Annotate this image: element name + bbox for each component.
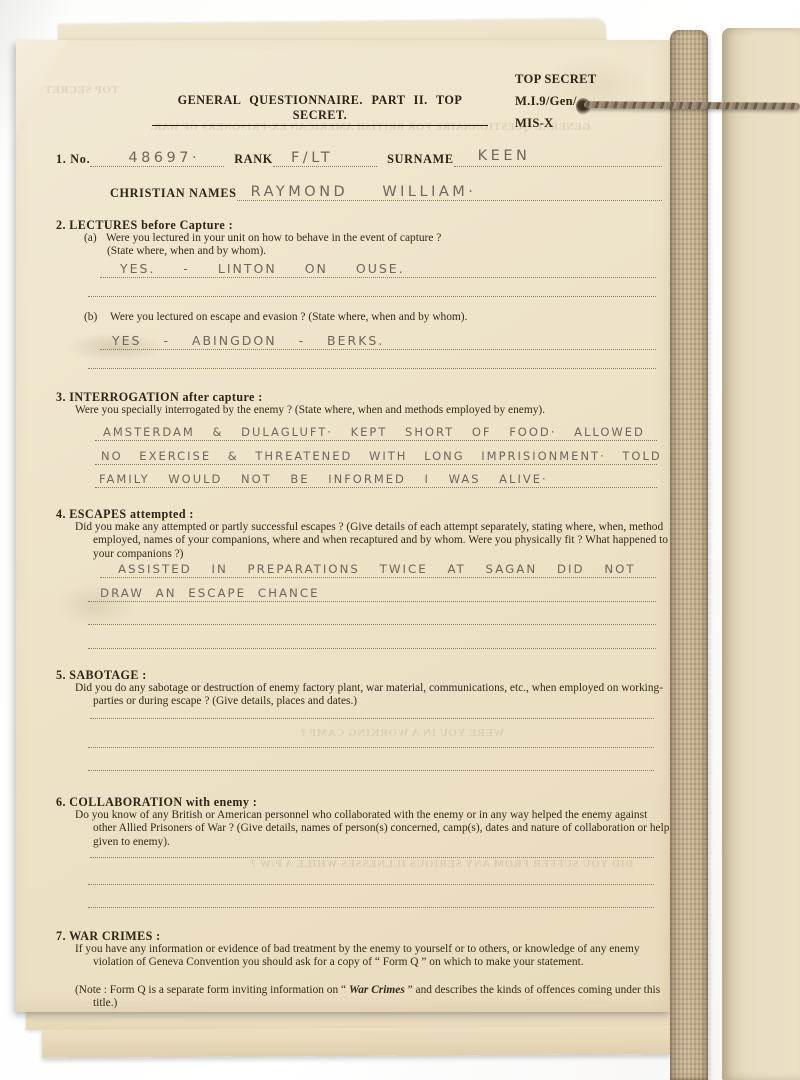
no-value-handwritten: 48697· (128, 150, 200, 166)
surname-field: KEEN (454, 149, 662, 167)
page-stack-edge (42, 1026, 670, 1058)
answer-2b-handwritten: YES - ABINGDON - BERKS. (112, 333, 384, 348)
section-sabotage-heading: 5. SABOTAGE : (56, 668, 147, 683)
question-2b-label: (b) (84, 311, 97, 324)
section-war-crimes-heading: 7. WAR CRIMES : (56, 929, 161, 944)
section-interrogation-heading: 3. INTERROGATION after capture : (56, 390, 263, 405)
org-stamp: MIS-X (515, 112, 597, 134)
christian-names-row: CHRISTIAN NAMES RAYMOND WILLIAM· (110, 183, 662, 201)
rank-label: RANK (234, 152, 273, 167)
question-2a: Were you lectured in your unit on how to… (106, 232, 441, 245)
surname-label: SURNAME (387, 152, 454, 167)
rank-field: F/LT (273, 149, 377, 167)
section-collaboration-heading: 6. COLLABORATION with enemy : (56, 795, 257, 810)
classification-stamp: TOP SECRET (515, 68, 597, 90)
answer-3-line-3: FAMILY WOULD NOT BE INFORMED I WAS ALIVE… (95, 465, 657, 488)
christian-names-label: CHRISTIAN NAMES (110, 186, 237, 201)
answer-3-line-1: AMSTERDAM & DULAGLUFT· KEPT SHORT OF FOO… (95, 418, 657, 441)
answer-3-line-2: NO EXERCISE & THREATENED WITH LONG IMPRI… (95, 442, 657, 465)
title-wrap: GENERAL QUESTIONNAIRE. PART II. TOP SECR… (152, 93, 488, 126)
answer-2b-line: YES - ABINGDON - BERKS. (100, 327, 656, 350)
blank-answer-line (88, 624, 656, 625)
war-crimes-paragraph: If you have any information or evidence … (75, 943, 673, 970)
war-crimes-note-italic: War Crimes (349, 984, 405, 996)
rank-value-handwritten: F/LT (291, 150, 333, 166)
answer-4-line-2: DRAW AN ESCAPE CHANCE (88, 579, 656, 602)
section-lectures-heading: 2. LECTURES before Capture : (56, 218, 233, 233)
question-6: Do you know of any British or American p… (75, 809, 673, 849)
answer-3-handwritten-3: FAMILY WOULD NOT BE INFORMED I WAS ALIVE… (99, 472, 548, 486)
blank-answer-line (88, 648, 656, 649)
form-title: GENERAL QUESTIONNAIRE. PART II. TOP SECR… (152, 93, 488, 126)
string-tie (584, 101, 800, 110)
answer-3-handwritten-1: AMSTERDAM & DULAGLUFT· KEPT SHORT OF FOO… (103, 425, 645, 439)
answer-4-handwritten-2: DRAW AN ESCAPE CHANCE (100, 586, 320, 600)
binding-tape (670, 30, 708, 1080)
question-2a-label: (a) (84, 232, 97, 245)
question-5: Did you do any sabotage or destruction o… (75, 682, 673, 709)
christian-names-field: RAYMOND WILLIAM· (237, 183, 662, 201)
blank-answer-line (88, 770, 654, 771)
next-page-edge (722, 28, 800, 1080)
section-escapes-heading: 4. ESCAPES attempted : (56, 507, 194, 522)
answer-4-handwritten-1: ASSISTED IN PREPARATIONS TWICE AT SAGAN … (118, 562, 636, 576)
answer-3-handwritten-2: NO EXERCISE & THREATENED WITH LONG IMPRI… (101, 449, 699, 463)
answer-4-line-1: ASSISTED IN PREPARATIONS TWICE AT SAGAN … (100, 555, 656, 578)
war-crimes-note: (Note : Form Q is a separate form inviti… (75, 984, 673, 1011)
blank-answer-line (88, 907, 654, 908)
surname-value-handwritten: KEEN (478, 148, 531, 164)
blank-answer-line (88, 368, 656, 369)
war-crimes-note-prefix: (Note : Form Q is a separate form inviti… (75, 984, 349, 996)
blank-answer-line (90, 857, 654, 858)
answer-2a-line: YES. - LINTON ON OUSE. (100, 255, 656, 278)
identity-row: 1. No. 48697· RANK F/LT SURNAME KEEN (56, 149, 662, 167)
blank-answer-line (88, 747, 654, 748)
blank-answer-line (90, 718, 654, 719)
question-2b: Were you lectured on escape and evasion … (110, 311, 467, 324)
christian-names-handwritten: RAYMOND WILLIAM· (251, 184, 477, 200)
question-3: Were you specially interrogated by the e… (75, 404, 545, 417)
no-label: 1. No. (56, 152, 90, 167)
no-field: 48697· (90, 149, 224, 167)
blank-answer-line (88, 884, 654, 885)
answer-2a-handwritten: YES. - LINTON ON OUSE. (120, 261, 405, 276)
blank-answer-line (88, 296, 656, 297)
